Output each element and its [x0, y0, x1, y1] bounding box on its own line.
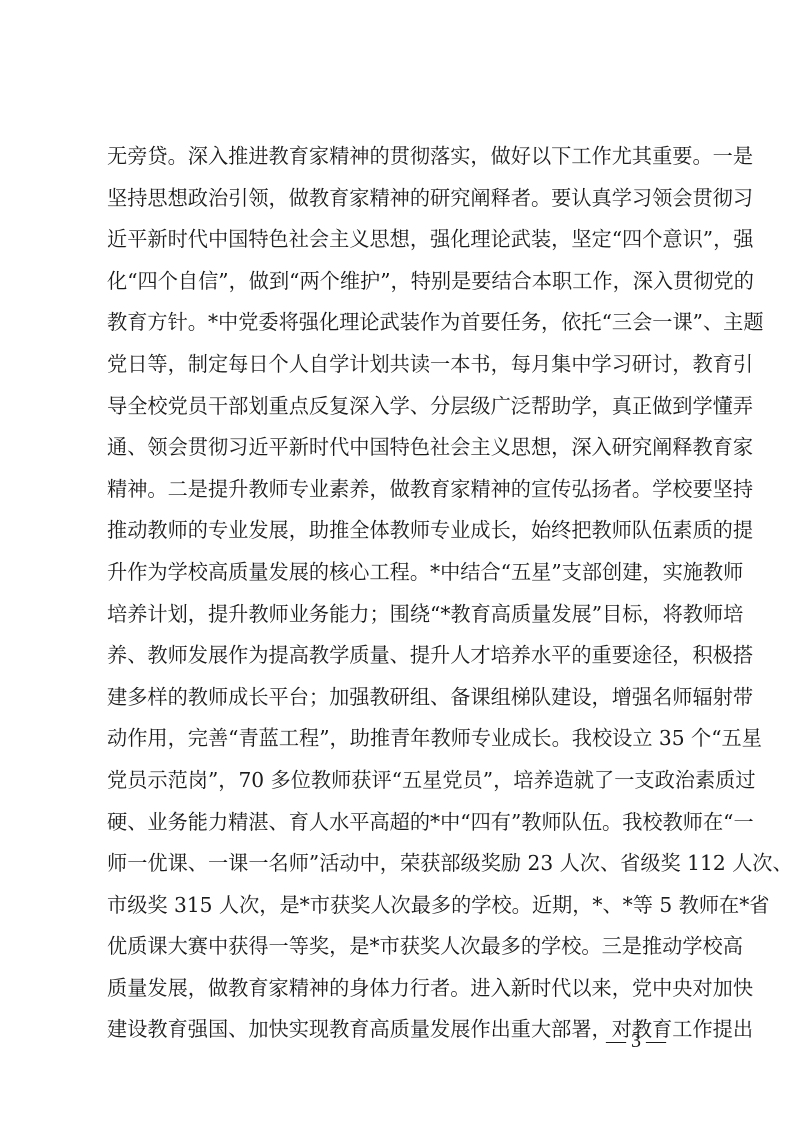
text-line: 无旁贷。深入推进教育家精神的贯彻落实，做好以下工作尤其重要。一是: [107, 136, 691, 178]
text-line: 化“四个自信”，做到“两个维护”，特别是要结合本职工作，深入贯彻党的: [107, 261, 691, 303]
text-line: 养、教师发展作为提高教学质量、提升人才培养水平的重要途径，积极搭: [107, 635, 691, 677]
text-line: 建多样的教师成长平台；加强教研组、备课组梯队建设，增强名师辐射带: [107, 677, 691, 719]
text-line: 近平新时代中国特色社会主义思想，强化理论武装，坚定“四个意识”，强: [107, 219, 691, 261]
text-line: 动作用，完善“青蓝工程”，助推青年教师专业成长。我校设立 35 个“五星: [107, 718, 691, 760]
text-line: 通、领会贯彻习近平新时代中国特色社会主义思想，深入研究阐释教育家: [107, 427, 691, 469]
text-line: 培养计划，提升教师业务能力；围绕“*教育高质量发展”目标，将教师培: [107, 594, 691, 636]
text-line: 教育方针。*中党委将强化理论武装作为首要任务，依托“三会一课”、主题: [107, 302, 691, 344]
text-line: 推动教师的专业发展，助推全体教师专业成长，始终把教师队伍素质的提: [107, 510, 691, 552]
page-number: — 3 —: [596, 1030, 676, 1053]
text-line: 质量发展，做教育家精神的身体力行者。进入新时代以来，党中央对加快: [107, 968, 691, 1010]
text-line: 导全校党员干部划重点反复深入学、分层级广泛帮助学，真正做到学懂弄: [107, 386, 691, 428]
document-page: 无旁贷。深入推进教育家精神的贯彻落实，做好以下工作尤其重要。一是 坚持思想政治引…: [0, 0, 793, 1122]
text-line: 优质课大赛中获得一等奖，是*市获奖人次最多的学校。三是推动学校高: [107, 926, 691, 968]
body-text: 无旁贷。深入推进教育家精神的贯彻落实，做好以下工作尤其重要。一是 坚持思想政治引…: [107, 136, 691, 1051]
text-line: 坚持思想政治引领，做教育家精神的研究阐释者。要认真学习领会贯彻习: [107, 178, 691, 220]
text-line: 硬、业务能力精湛、育人水平高超的*中“四有”教师队伍。我校教师在“一: [107, 802, 691, 844]
text-line: 党员示范岗”，70 多位教师获评“五星党员”，培养造就了一支政治素质过: [107, 760, 691, 802]
text-line: 市级奖 315 人次，是*市获奖人次最多的学校。近期，*、*等 5 教师在*省: [107, 885, 691, 927]
text-line: 师一优课、一课一名师”活动中，荣获部级奖励 23 人次、省级奖 112 人次、: [107, 843, 691, 885]
text-line: 精神。二是提升教师专业素养，做教育家精神的宣传弘扬者。学校要坚持: [107, 469, 691, 511]
text-line: 党日等，制定每日个人自学计划共读一本书，每月集中学习研讨，教育引: [107, 344, 691, 386]
text-line: 升作为学校高质量发展的核心工程。*中结合“五星”支部创建，实施教师: [107, 552, 691, 594]
